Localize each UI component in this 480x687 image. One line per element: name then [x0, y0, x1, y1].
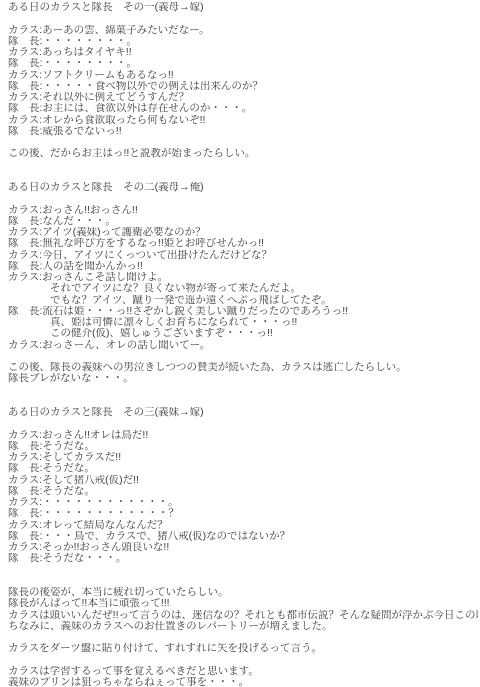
text-line: カラス:そっか!!おっさん頭良いな!!	[8, 542, 478, 553]
text-line: ちなみに、義妹のカラスへのお仕置きのレパートリーが増えました。	[8, 621, 478, 632]
text-line: 隊 長:・・・・・・・・。	[8, 36, 478, 47]
text-line: この後、だからお主はっ!!と説教が始まったらしい。	[8, 148, 478, 159]
text-line: カラス:・・・・・・・・・・・・。	[8, 497, 478, 508]
text-line: それでアイツにな？良くない物が寄って来たんだよ。	[8, 283, 478, 294]
text-line: カラスは学習するって事を覚えるべきだと思います。	[8, 666, 478, 677]
text-line: カラス:あーあの雲、綿菓子みたいだなー。	[8, 25, 478, 36]
text-line: 隊 長:そうだな。	[8, 463, 478, 474]
blank-line	[8, 193, 478, 204]
text-line: 隊長の後姿が、本当に疲れ切っていたらしい。	[8, 587, 478, 598]
text-line: 隊長がんばって!!本当に頑張って!!!	[8, 598, 478, 609]
blank-line	[8, 565, 478, 576]
text-line: カラス:おっさん!!オレは鳥だ!!	[8, 430, 478, 441]
blank-line	[8, 160, 478, 171]
text-line: カラス:それ以外に例えてどうすんだ？	[8, 92, 478, 103]
text-line: カラス:オレから食欲取ったら何もないぞ!!	[8, 115, 478, 126]
text-line: 隊 長:・・・鳥で、カラスで、猪八戒(仮)なのではないか？	[8, 531, 478, 542]
text-line: 義妹のプリンは狙っちゃならねぇって事を・・・。	[8, 677, 478, 687]
text-line: 隊 長:そうだな。	[8, 441, 478, 452]
blank-line	[8, 655, 478, 666]
text-line: 隊 長:そうだな・・・。	[8, 553, 478, 564]
text-line: 隊 長:そうだな。	[8, 486, 478, 497]
text-line: でもな？アイツ、蹴り一発で遥か遠くへぶっ飛ばしてたぞ。	[8, 295, 478, 306]
page: ある日のカラスと隊長 その一(義母→嫁) カラス:あーあの雲、綿菓子みたいだなー…	[0, 0, 480, 687]
text-line: 隊 長:・・・・・食べ物以外での例えは出来んのか？	[8, 81, 478, 92]
text-line: 隊 長:お主には、食欲以外は存在せんのか・・・。	[8, 103, 478, 114]
text-line: 隊長ブレがないな・・・。	[8, 373, 478, 384]
text-line: この後、隊長の義妹への男泣きしつつの賛美が続いた為、カラスは逃亡したらしい。	[8, 362, 478, 373]
text-line: この健介(仮)、嬉しゅうございますぞ・・・っ!!	[8, 328, 478, 339]
blank-line	[8, 171, 478, 182]
section-title: ある日のカラスと隊長 その二(義母→俺)	[8, 182, 478, 193]
text-line: カラス:ソフトクリームもあるなっ!!	[8, 70, 478, 81]
text-line: 隊 長:無礼な呼び方をするなっ!!姫とお呼びせんかっ!!	[8, 238, 478, 249]
text-line: 隊 長:なんだ・・・。	[8, 216, 478, 227]
text-line: 隊 長:・・・・・・・・・・・・？	[8, 508, 478, 519]
blank-line	[8, 418, 478, 429]
blank-line	[8, 385, 478, 396]
text-line: カラス:あっちはタイヤキ!!	[8, 47, 478, 58]
text-line: カラス:今日、アイツにくっついて出掛けたんだけどな？	[8, 250, 478, 261]
text-line: カラスをダーツ盤に貼り付けて、すれすれに矢を投げるって言う。	[8, 643, 478, 654]
text-line: 隊 長:流石は姫・・・っ!!さぞかし鋭く美しい蹴りだったのであろうっ!!	[8, 306, 478, 317]
text-line: カラス:おっさんこそ話し聞けよ。	[8, 272, 478, 283]
text-line: 隊 長:人の話を聞かんかっ!!	[8, 261, 478, 272]
blank-line	[8, 351, 478, 362]
blank-line	[8, 396, 478, 407]
blank-line	[8, 137, 478, 148]
section-title: ある日のカラスと隊長 その三(義妹→嫁)	[8, 407, 478, 418]
section-title: ある日のカラスと隊長 その一(義母→嫁)	[8, 2, 478, 13]
text-line: カラス:おっさん!!おっさん!!	[8, 205, 478, 216]
blank-line	[8, 632, 478, 643]
document-body: ある日のカラスと隊長 その一(義母→嫁) カラス:あーあの雲、綿菓子みたいだなー…	[8, 2, 478, 687]
text-line: カラス:オレって結局なんなんだ？	[8, 520, 478, 531]
text-line: カラス:アイツ(義妹)って護衛必要なのか？	[8, 227, 478, 238]
blank-line	[8, 576, 478, 587]
blank-line	[8, 13, 478, 24]
text-line: カラス:そして猪八戒(仮)だ!!	[8, 475, 478, 486]
text-line: 隊 長:・・・・・・・・。	[8, 58, 478, 69]
text-line: 真、姫は可憐に凛々しくお育ちになられて・・・っ!!	[8, 317, 478, 328]
text-line: カラスは頭いいんだぜ!!って言うのは、迷信なの？それとも都市伝説？そんな疑問が浮…	[8, 610, 478, 621]
text-line: 隊 長:威張るでないっ!!	[8, 126, 478, 137]
text-line: カラス:おっさーん、オレの話し聞いてー。	[8, 340, 478, 351]
text-line: カラス:そしてカラスだ!!	[8, 452, 478, 463]
